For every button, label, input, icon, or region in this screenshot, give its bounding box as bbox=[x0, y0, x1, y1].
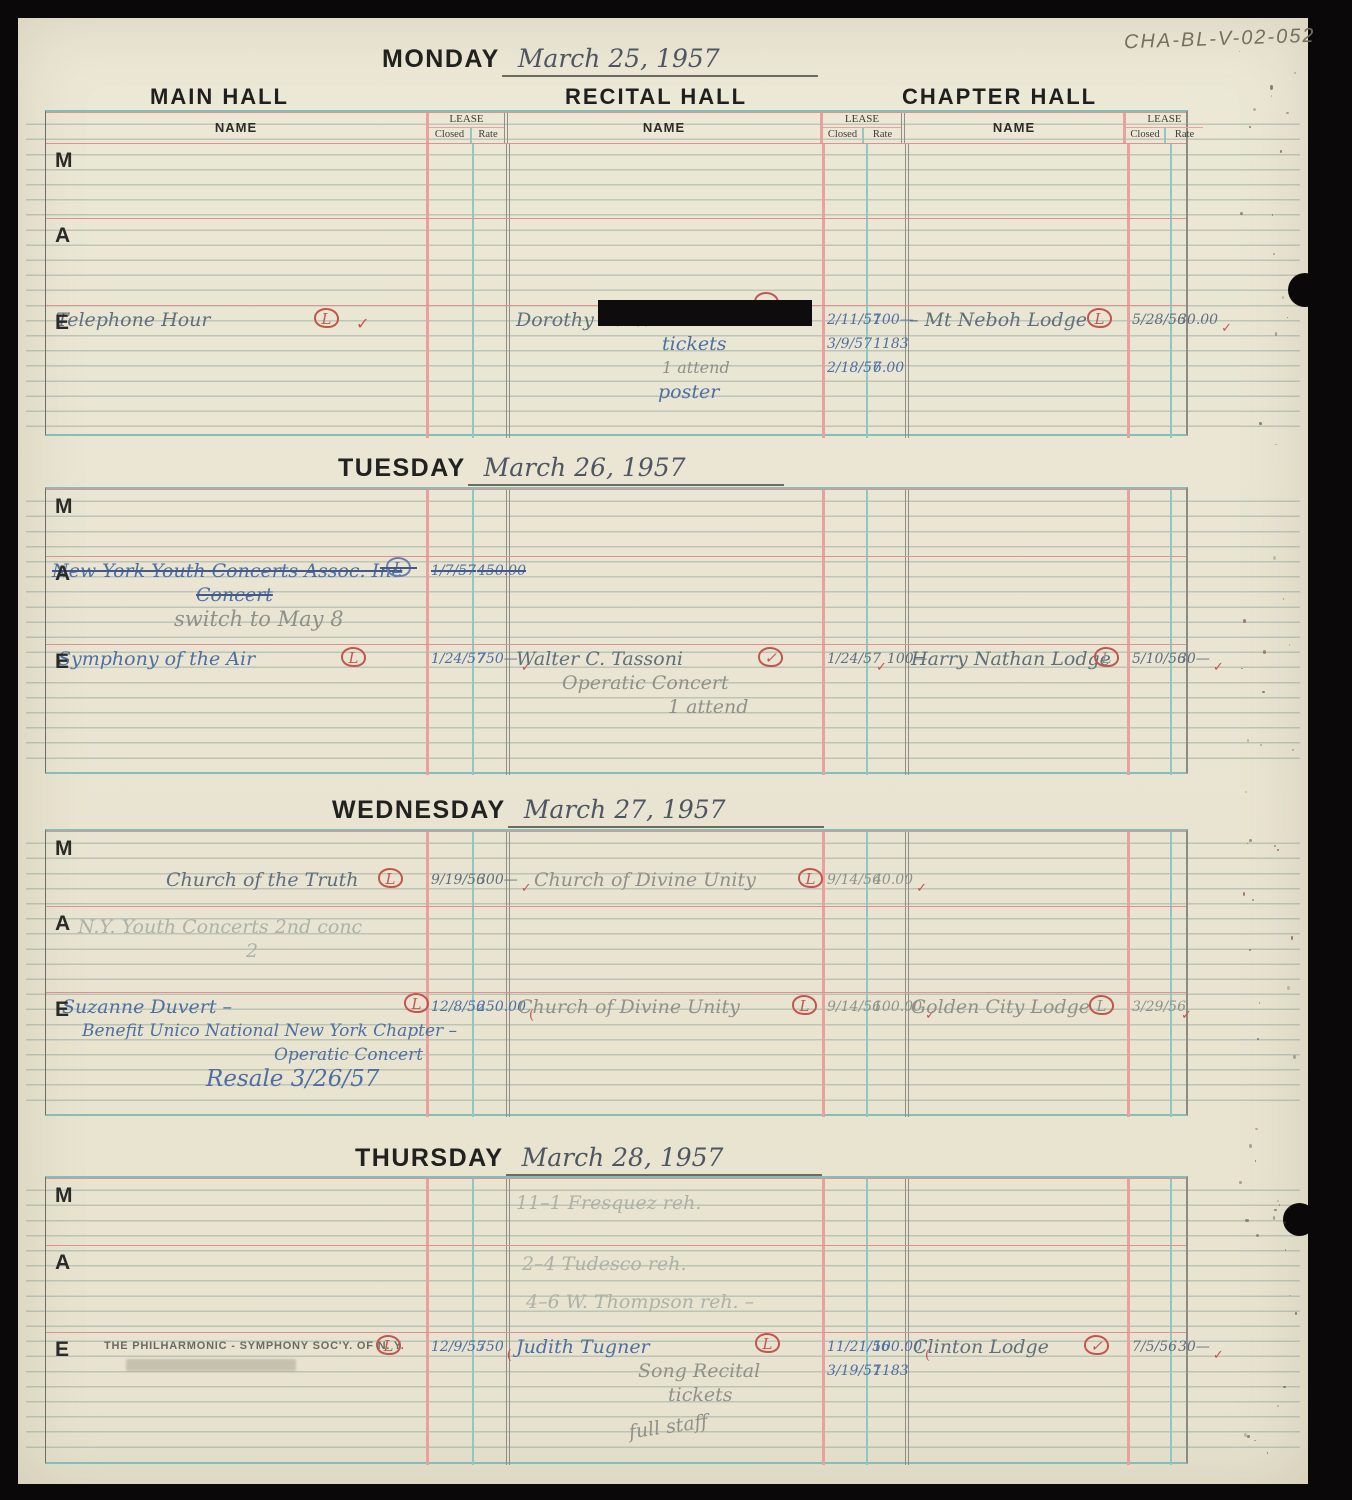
hall-panel bbox=[905, 490, 1209, 556]
red-tick: ✓ bbox=[1213, 656, 1224, 680]
hall-panel bbox=[905, 832, 1209, 906]
closed-value: 2/18/57 bbox=[825, 356, 873, 380]
ledger-row: A bbox=[46, 218, 1186, 305]
circled-L-mark: L bbox=[314, 308, 339, 328]
lease-sub-headers: ClosedRate bbox=[1126, 128, 1203, 143]
hall-panel: ETHE PHILHARMONIC - SYMPHONY SOC'Y. OF N… bbox=[46, 1333, 506, 1465]
closed-value: 12/8/56 bbox=[429, 995, 477, 1019]
lease-closed-cell: 1/7/57450.00 bbox=[426, 557, 472, 644]
name-cell bbox=[909, 832, 1127, 906]
name-cell: 11–1 Fresquez reh. bbox=[510, 1179, 822, 1245]
name-cell: ESymphony of the AirL bbox=[46, 645, 426, 775]
row-label: A bbox=[55, 1251, 70, 1275]
ledger-row: ETelephone HourL✓Dorothy Kartaktickets1 … bbox=[46, 305, 1186, 438]
ledger-table: M11–1 Fresquez reh.A2–4 Tudesco reh.4–6 … bbox=[45, 1176, 1188, 1464]
name-cell bbox=[909, 557, 1127, 644]
name-column-header: NAME bbox=[46, 113, 426, 143]
lease-column-header: LEASEClosedRate bbox=[426, 113, 504, 143]
name-cell bbox=[510, 144, 822, 218]
name-cell: Judith TugnerSong Recitalticketsfull sta… bbox=[510, 1333, 822, 1465]
lease-closed-cell bbox=[822, 219, 866, 305]
day-label: MONDAY bbox=[382, 45, 500, 74]
name-cell bbox=[510, 490, 822, 556]
handwritten-entry: Song Recital bbox=[638, 1359, 822, 1383]
lease-closed-cell bbox=[822, 144, 866, 218]
lease-label: LEASE bbox=[1126, 113, 1203, 128]
lease-closed-cell bbox=[822, 490, 866, 556]
lease-closed-cell bbox=[1127, 490, 1170, 556]
closed-value: 3/9/57 bbox=[825, 332, 873, 356]
closed-value: 5/10/56 bbox=[1130, 647, 1178, 671]
hall-panel: Walter C. TassoniOperatic Concert1 atten… bbox=[506, 645, 905, 775]
closed-value: 5/28/56 bbox=[1130, 308, 1178, 332]
name-cell: M bbox=[46, 490, 426, 556]
closed-value: 12/9/55 bbox=[429, 1335, 477, 1359]
lease-closed-cell bbox=[426, 306, 472, 438]
rate-value: 450.00 bbox=[477, 559, 526, 583]
lease-rate-cell bbox=[866, 557, 905, 644]
lease-closed-cell bbox=[1127, 832, 1170, 906]
closed-value: 1/7/57 bbox=[429, 559, 477, 583]
circled-L-mark: L bbox=[378, 868, 403, 888]
handwritten-entry: 11–1 Fresquez reh. bbox=[516, 1191, 822, 1215]
hall-panel: ESuzanne Duvert –Benefit Unico National … bbox=[46, 993, 506, 1117]
lease-closed-cell bbox=[822, 907, 866, 992]
name-cell: ETHE PHILHARMONIC - SYMPHONY SOC'Y. OF N… bbox=[46, 1333, 426, 1465]
hall-panel: Harry Nathan LodgeL5/10/5630—✓ bbox=[905, 645, 1209, 775]
rate-value: 1183 bbox=[873, 1359, 909, 1383]
lease-rate-cell bbox=[472, 490, 506, 556]
hall-panel: Church of Divine UnityL9/14/56100.00✓ bbox=[506, 993, 905, 1117]
hall-panel: ANew York Youth Concerts Assoc. IncConce… bbox=[46, 557, 506, 644]
lease-rate-cell bbox=[1170, 832, 1209, 906]
closed-value: 3/19/57 bbox=[825, 1359, 873, 1383]
circled-check-mark: ✓ bbox=[1084, 1335, 1109, 1355]
lease-entry: 1/7/57450.00 bbox=[429, 559, 515, 583]
circled-check-mark: ✓ bbox=[758, 647, 783, 667]
red-tick: ✓ bbox=[876, 656, 887, 680]
name-cell bbox=[909, 490, 1127, 556]
hall-panel: Clinton Lodge✓7/5/5630—✓ bbox=[905, 1333, 1209, 1465]
scanned-ledger-page: { "archive_code": "CHA-BL-V-02-052", "ha… bbox=[0, 0, 1352, 1500]
circled-L-mark: L bbox=[798, 868, 823, 888]
ledger-row: MChurch of the TruthL9/19/56300—✓Church … bbox=[46, 831, 1186, 906]
rate-value: 30— bbox=[1178, 647, 1210, 671]
circled-L-mark: L bbox=[755, 1333, 780, 1353]
name-cell bbox=[909, 219, 1127, 305]
lease-closed-cell bbox=[426, 1179, 472, 1245]
ledger-row: ESuzanne Duvert –Benefit Unico National … bbox=[46, 992, 1186, 1117]
lease-closed-cell: 1/24/57750—✓ bbox=[426, 645, 472, 775]
name-column-header: NAME bbox=[905, 113, 1123, 143]
lease-rate-cell bbox=[1170, 219, 1209, 305]
hall-panel: Church of Divine UnityL9/14/5640.00✓ bbox=[506, 832, 905, 906]
lease-rate-cell bbox=[472, 144, 506, 218]
date-underline: March 25, 1957 bbox=[502, 44, 818, 77]
row-label: E bbox=[55, 650, 69, 674]
name-cell bbox=[510, 557, 822, 644]
lease-closed-cell: 12/8/56250.00( bbox=[426, 993, 472, 1117]
row-label: M bbox=[55, 837, 73, 861]
lease-entry: 3/9/571183 bbox=[825, 332, 911, 356]
lease-closed-cell bbox=[1127, 144, 1170, 218]
closed-label: Closed bbox=[823, 128, 864, 143]
day-label: THURSDAY bbox=[355, 1144, 504, 1173]
name-cell: Clinton Lodge✓ bbox=[909, 1333, 1127, 1465]
closed-value: 9/19/56 bbox=[429, 868, 477, 892]
lease-entry: 2/11/57100— bbox=[825, 308, 911, 332]
hall-panel: MChurch of the TruthL9/19/56300—✓ bbox=[46, 832, 506, 906]
day-header: THURSDAYMarch 28, 1957 bbox=[355, 1143, 822, 1176]
name-cell bbox=[909, 144, 1127, 218]
lease-closed-cell bbox=[822, 557, 866, 644]
row-label: A bbox=[55, 912, 70, 936]
hall-title-recital: RECITAL HALL bbox=[565, 84, 747, 110]
row-label: M bbox=[55, 495, 73, 519]
lease-closed-cell: 2/11/57100—3/9/5711832/18/576.00 bbox=[822, 306, 866, 438]
handwritten-entry: 1 attend bbox=[668, 695, 822, 719]
name-cell: M bbox=[46, 1179, 426, 1245]
hall-panel: Dorothy Kartaktickets1 attendposter2/11/… bbox=[506, 306, 905, 438]
hall-panel bbox=[506, 490, 905, 556]
lease-rate-cell bbox=[1170, 144, 1209, 218]
rate-value: 30— bbox=[1178, 1335, 1210, 1359]
row-label: M bbox=[55, 149, 73, 173]
lease-rate-cell bbox=[866, 219, 905, 305]
rate-value: 6.00 bbox=[873, 356, 904, 380]
lease-rate-cell bbox=[866, 490, 905, 556]
ledger-row: AN.Y. Youth Concerts 2nd conc2 bbox=[46, 906, 1186, 992]
rate-label: Rate bbox=[864, 128, 901, 143]
lease-entry: 9/14/56100.00✓ bbox=[825, 995, 911, 1019]
lease-rate-cell bbox=[472, 1246, 506, 1332]
circled-L-mark: L bbox=[792, 995, 817, 1015]
name-column-header: NAME bbox=[508, 113, 820, 143]
name-cell: Dorothy Kartaktickets1 attendposter bbox=[510, 306, 822, 438]
name-cell: Walter C. TassoniOperatic Concert1 atten… bbox=[510, 645, 822, 775]
circled-L-mark: L bbox=[386, 557, 411, 577]
name-cell: ANew York Youth Concerts Assoc. IncConce… bbox=[46, 557, 426, 644]
lease-entry: 9/19/56300—✓ bbox=[429, 868, 515, 892]
circled-L-mark: L bbox=[1094, 647, 1119, 667]
lease-closed-cell: 11/21/56100.00(3/19/571183 bbox=[822, 1333, 866, 1465]
handwritten-entry: 2–4 Tudesco reh. bbox=[522, 1252, 822, 1276]
lease-rate-cell bbox=[1170, 557, 1209, 644]
closed-value: 9/14/56 bbox=[825, 995, 873, 1019]
lease-closed-cell: 5/10/5630—✓ bbox=[1127, 645, 1170, 775]
lease-rate-cell bbox=[866, 1246, 905, 1332]
handwritten-entry: N.Y. Youth Concerts 2nd conc bbox=[78, 915, 426, 939]
lease-label: LEASE bbox=[823, 113, 901, 128]
day-date: March 28, 1957 bbox=[522, 1143, 724, 1172]
handwritten-entry: Symphony of the Air bbox=[58, 647, 426, 671]
name-cell bbox=[909, 1179, 1127, 1245]
ledger-table: NAMELEASEClosedRateNAMELEASEClosedRateNA… bbox=[45, 110, 1188, 436]
lease-closed-cell: 9/14/56100.00✓ bbox=[822, 993, 866, 1117]
lease-closed-cell bbox=[1127, 1246, 1170, 1332]
hall-panel bbox=[905, 219, 1209, 305]
lease-rate-cell bbox=[866, 1179, 905, 1245]
red-tick: ✓ bbox=[1213, 1344, 1224, 1368]
ledger-row: M11–1 Fresquez reh. bbox=[46, 1178, 1186, 1245]
row-label: E bbox=[55, 1338, 69, 1362]
handwritten-entry: Concert bbox=[196, 583, 426, 607]
lease-closed-cell bbox=[1127, 219, 1170, 305]
hall-panel bbox=[506, 144, 905, 218]
closed-label: Closed bbox=[429, 128, 472, 143]
date-underline: March 28, 1957 bbox=[506, 1143, 822, 1176]
name-cell: ETelephone HourL✓ bbox=[46, 306, 426, 438]
punch-hole-notch bbox=[1314, 282, 1352, 300]
lease-closed-cell bbox=[426, 144, 472, 218]
closed-value: 1/24/57 bbox=[825, 647, 873, 671]
rate-value: 300— bbox=[477, 868, 518, 892]
faint-stamp-smudge bbox=[126, 1359, 296, 1371]
lease-entry: 12/8/56250.00( bbox=[429, 995, 515, 1019]
lease-rate-cell bbox=[472, 219, 506, 305]
handwritten-entry: Operatic Concert bbox=[274, 1043, 426, 1067]
red-tick: ✓ bbox=[356, 314, 369, 334]
lease-closed-cell: 5/28/5630.00✓ bbox=[1127, 306, 1170, 438]
handwritten-entry: 2 bbox=[246, 939, 426, 963]
hall-panel: A bbox=[46, 1246, 506, 1332]
lease-closed-cell bbox=[426, 219, 472, 305]
lease-closed-cell bbox=[426, 490, 472, 556]
punch-hole-notch bbox=[1310, 1211, 1352, 1227]
day-date: March 25, 1957 bbox=[518, 44, 720, 73]
lease-entry: 1/24/57✓100— bbox=[825, 647, 911, 671]
lease-closed-cell bbox=[822, 1246, 866, 1332]
lease-closed-cell: 3/29/56✓ bbox=[1127, 993, 1170, 1117]
lease-rate-cell bbox=[1170, 907, 1209, 992]
row-label: E bbox=[55, 998, 69, 1022]
lease-closed-cell bbox=[1127, 557, 1170, 644]
lease-closed-cell: 7/5/5630—✓ bbox=[1127, 1333, 1170, 1465]
lease-rate-cell bbox=[472, 907, 506, 992]
lease-label: LEASE bbox=[429, 113, 504, 128]
day-label: TUESDAY bbox=[338, 454, 466, 483]
rate-label: Rate bbox=[472, 128, 504, 143]
handwritten-entry: switch to May 8 bbox=[174, 607, 426, 631]
hall-title-chapter: CHAPTER HALL bbox=[902, 84, 1097, 110]
day-date: March 27, 1957 bbox=[524, 795, 726, 824]
closed-label: Closed bbox=[1126, 128, 1166, 143]
hall-panel: 2–4 Tudesco reh.4–6 W. Thompson reh. – bbox=[506, 1246, 905, 1332]
lease-rate-cell bbox=[1170, 490, 1209, 556]
ledger-table: MChurch of the TruthL9/19/56300—✓Church … bbox=[45, 829, 1188, 1116]
hall-panel: AN.Y. Youth Concerts 2nd conc2 bbox=[46, 907, 506, 992]
lease-column-header: LEASEClosedRate bbox=[820, 113, 901, 143]
red-tick: ✓ bbox=[521, 877, 532, 901]
name-cell: ESuzanne Duvert –Benefit Unico National … bbox=[46, 993, 426, 1117]
handwritten-entry: Resale 3/26/57 bbox=[206, 1067, 426, 1091]
header-panel: NAMELEASEClosedRate bbox=[901, 113, 1203, 143]
rate-value: 750— bbox=[477, 647, 518, 671]
day-header: TUESDAYMarch 26, 1957 bbox=[338, 453, 784, 486]
lease-closed-cell: 9/19/56300—✓ bbox=[426, 832, 472, 906]
redaction-box bbox=[598, 300, 812, 326]
rate-value: 100— bbox=[873, 308, 914, 332]
circled-L-mark: L bbox=[404, 993, 429, 1013]
closed-value: 1/24/57 bbox=[429, 647, 477, 671]
handwritten-entry: Operatic Concert bbox=[562, 671, 822, 695]
name-cell: Golden City LodgeL bbox=[909, 993, 1127, 1117]
table-header-row: NAMELEASEClosedRateNAMELEASEClosedRateNA… bbox=[46, 112, 1186, 143]
lease-entry: 1/24/57750—✓ bbox=[429, 647, 515, 671]
handwritten-entry: poster bbox=[658, 380, 822, 404]
name-cell: 2–4 Tudesco reh.4–6 W. Thompson reh. – bbox=[510, 1246, 822, 1332]
day-label: WEDNESDAY bbox=[332, 796, 506, 825]
closed-value: 9/14/56 bbox=[825, 868, 873, 892]
name-cell: Church of Divine UnityL bbox=[510, 993, 822, 1117]
ledger-row: A2–4 Tudesco reh.4–6 W. Thompson reh. – bbox=[46, 1245, 1186, 1332]
hall-panel bbox=[506, 219, 905, 305]
lease-entry: 3/29/56✓ bbox=[1130, 995, 1216, 1019]
closed-value: 3/29/56 bbox=[1130, 995, 1178, 1019]
lease-column-header: LEASEClosedRate bbox=[1123, 113, 1203, 143]
handwritten-entry: New York Youth Concerts Assoc. Inc bbox=[52, 559, 426, 583]
lease-closed-cell: 9/14/5640.00✓ bbox=[822, 832, 866, 906]
hall-panel bbox=[905, 557, 1209, 644]
lease-entry: 7/5/5630—✓ bbox=[1130, 1335, 1216, 1359]
name-cell bbox=[909, 907, 1127, 992]
hall-title-main: MAIN HALL bbox=[150, 84, 289, 110]
closed-value: 7/5/56 bbox=[1130, 1335, 1178, 1359]
hall-panel: M bbox=[46, 144, 506, 218]
date-underline: March 27, 1957 bbox=[508, 795, 824, 828]
ledger-row: ESymphony of the AirL1/24/57750—✓Walter … bbox=[46, 644, 1186, 775]
hall-panel bbox=[905, 907, 1209, 992]
hall-panel: – Mt Neboh LodgeL5/28/5630.00✓ bbox=[905, 306, 1209, 438]
ledger-row: M bbox=[46, 143, 1186, 218]
ledger-page: CHA-BL-V-02-052 MAIN HALL RECITAL HALL C… bbox=[18, 18, 1308, 1484]
circled-L-mark: L bbox=[1087, 308, 1112, 328]
lease-closed-cell bbox=[1127, 1179, 1170, 1245]
name-cell: Church of Divine UnityL bbox=[510, 832, 822, 906]
ledger-row: ANew York Youth Concerts Assoc. IncConce… bbox=[46, 556, 1186, 644]
circled-L-mark: L bbox=[1089, 995, 1114, 1015]
handwritten-entry: Suzanne Duvert – bbox=[62, 995, 426, 1019]
handwritten-entry: 4–6 W. Thompson reh. – bbox=[526, 1290, 822, 1314]
rate-label: Rate bbox=[1166, 128, 1203, 143]
ledger-row: M bbox=[46, 489, 1186, 556]
date-underline: March 26, 1957 bbox=[468, 453, 784, 486]
circled-L-mark: L bbox=[376, 1335, 401, 1355]
lease-rate-cell bbox=[866, 907, 905, 992]
circled-L-mark: L bbox=[341, 647, 366, 667]
lease-closed-cell bbox=[426, 1246, 472, 1332]
lease-rate-cell bbox=[1170, 1246, 1209, 1332]
hall-panel: ETelephone HourL✓ bbox=[46, 306, 506, 438]
handwritten-entry: tickets bbox=[662, 332, 822, 356]
lease-closed-cell bbox=[426, 907, 472, 992]
name-cell: MChurch of the TruthL bbox=[46, 832, 426, 906]
hall-panel: M bbox=[46, 490, 506, 556]
header-panel: NAMELEASEClosedRate bbox=[504, 113, 901, 143]
name-cell: Harry Nathan LodgeL bbox=[909, 645, 1127, 775]
header-panel: NAMELEASEClosedRate bbox=[46, 113, 504, 143]
rate-value: 750 bbox=[477, 1335, 504, 1359]
handwritten-entry: Church of Divine Unity bbox=[518, 995, 822, 1019]
name-cell: – Mt Neboh LodgeL bbox=[909, 306, 1127, 438]
hall-panel: M bbox=[46, 1179, 506, 1245]
red-tick: ✓ bbox=[916, 877, 927, 901]
ledger-row: ETHE PHILHARMONIC - SYMPHONY SOC'Y. OF N… bbox=[46, 1332, 1186, 1465]
lease-rate-cell bbox=[866, 144, 905, 218]
lease-rate-cell bbox=[472, 1179, 506, 1245]
hall-panel bbox=[506, 557, 905, 644]
lease-rate-cell bbox=[1170, 1179, 1209, 1245]
hall-panel: Golden City LodgeL3/29/56✓ bbox=[905, 993, 1209, 1117]
hall-panel: Judith TugnerSong Recitalticketsfull sta… bbox=[506, 1333, 905, 1465]
closed-value: 11/21/56 bbox=[825, 1335, 873, 1359]
rate-value: 30.00 bbox=[1178, 308, 1218, 332]
lease-entry: 2/18/576.00 bbox=[825, 356, 911, 380]
lease-sub-headers: ClosedRate bbox=[429, 128, 504, 143]
handwritten-entry: Church of Divine Unity bbox=[534, 868, 822, 892]
lease-closed-cell: 12/9/55750( bbox=[426, 1333, 472, 1465]
red-tick: ✓ bbox=[1221, 317, 1232, 341]
lease-closed-cell bbox=[822, 1179, 866, 1245]
row-label: E bbox=[55, 311, 69, 335]
lease-entry: 11/21/56100.00( bbox=[825, 1335, 911, 1359]
hall-panel bbox=[905, 144, 1209, 218]
lease-closed-cell bbox=[1127, 907, 1170, 992]
row-label: M bbox=[55, 1184, 73, 1208]
rate-value: 1183 bbox=[873, 332, 909, 356]
day-header: WEDNESDAYMarch 27, 1957 bbox=[332, 795, 824, 828]
name-cell: A bbox=[46, 1246, 426, 1332]
hall-panel: 11–1 Fresquez reh. bbox=[506, 1179, 905, 1245]
name-cell: AN.Y. Youth Concerts 2nd conc2 bbox=[46, 907, 426, 992]
red-tick: ✓ bbox=[1181, 1004, 1192, 1028]
lease-sub-headers: ClosedRate bbox=[823, 128, 901, 143]
red-tick: ( bbox=[507, 1344, 512, 1368]
hall-panel: ESymphony of the AirL1/24/57750—✓ bbox=[46, 645, 506, 775]
lease-rate-cell bbox=[472, 306, 506, 438]
lease-entry: 5/10/5630—✓ bbox=[1130, 647, 1216, 671]
row-label: A bbox=[55, 562, 70, 586]
name-cell: M bbox=[46, 144, 426, 218]
hall-panel bbox=[506, 907, 905, 992]
name-cell bbox=[510, 907, 822, 992]
day-date: March 26, 1957 bbox=[484, 453, 686, 482]
name-cell bbox=[909, 1246, 1127, 1332]
name-cell: A bbox=[46, 219, 426, 305]
lease-entry: 9/14/5640.00✓ bbox=[825, 868, 911, 892]
row-label: A bbox=[55, 224, 70, 248]
lease-entry: 12/9/55750( bbox=[429, 1335, 515, 1359]
hall-panel bbox=[905, 1179, 1209, 1245]
handwritten-entry: 1 attend bbox=[662, 356, 822, 380]
archive-code: CHA-BL-V-02-052 bbox=[1124, 25, 1316, 55]
ledger-table: MANew York Youth Concerts Assoc. IncConc… bbox=[45, 487, 1188, 774]
day-header: MONDAYMarch 25, 1957 bbox=[382, 44, 818, 77]
rate-value: 40.00 bbox=[873, 868, 913, 892]
hall-panel bbox=[905, 1246, 1209, 1332]
lease-entry: 5/28/5630.00✓ bbox=[1130, 308, 1216, 332]
lease-entry: 3/19/571183 bbox=[825, 1359, 911, 1383]
lease-closed-cell: 1/24/57✓100— bbox=[822, 645, 866, 775]
hall-panel: A bbox=[46, 219, 506, 305]
handwritten-entry: Telephone Hour bbox=[56, 308, 426, 332]
handwritten-entry: Benefit Unico National New York Chapter … bbox=[82, 1019, 426, 1043]
closed-value: 2/11/57 bbox=[825, 308, 873, 332]
name-cell bbox=[510, 219, 822, 305]
